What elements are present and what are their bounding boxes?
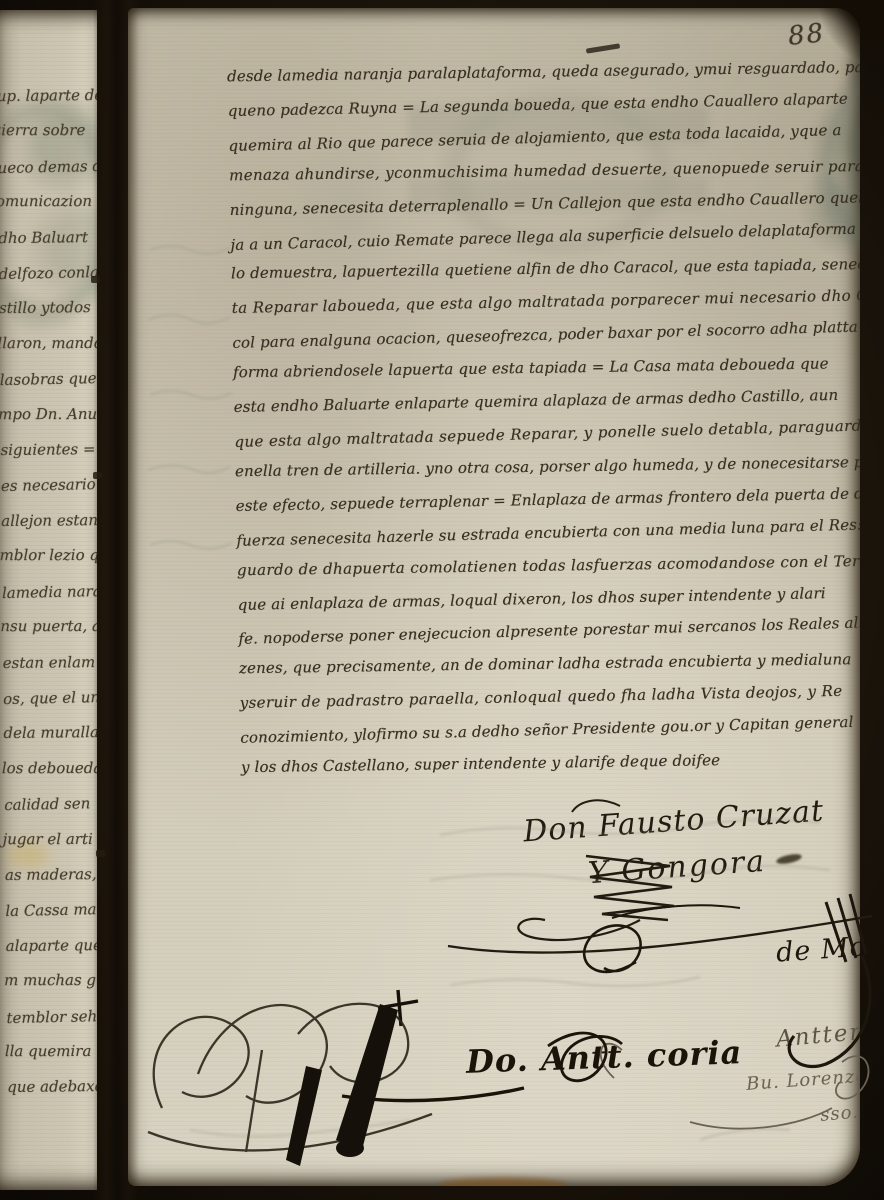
text-fragment-line: allejon estan	[1, 502, 97, 539]
text-fragment-line: mblor lezio que	[0, 538, 97, 574]
text-fragment-line: que adebaxo	[7, 1068, 97, 1105]
text-fragment-line: estan enlam	[3, 643, 97, 680]
previous-page-text-fragments: up. laparte detierra sobreueco demas deo…	[0, 77, 97, 1106]
text-fragment-line: stillo ytodos	[0, 289, 97, 326]
binding-gutter-shadow	[93, 0, 139, 1200]
manuscript-photo: up. laparte detierra sobreueco demas deo…	[0, 0, 884, 1200]
text-fragment-line: omunicazion	[0, 184, 97, 220]
text-fragment-line: up. laparte de	[0, 77, 97, 114]
text-fragment-line: ueco demas de	[0, 147, 97, 187]
text-fragment-line: llaron, mando	[0, 326, 97, 362]
text-fragment-line: es necesario s	[1, 465, 97, 505]
text-fragment-line: os, que el un	[3, 678, 97, 718]
text-fragment-line: los deboueda	[2, 751, 97, 787]
text-fragment-line: lamedia nara	[2, 572, 97, 612]
photo-corner-shadow	[814, 0, 884, 60]
text-fragment-line: nsu puerta, al	[0, 609, 97, 645]
text-fragment-line: m muchas gri	[4, 963, 97, 999]
text-fragment-line: calidad sen	[4, 784, 97, 824]
text-fragment-line: siguientes =	[0, 431, 97, 468]
text-fragment-line: dho Baluart	[0, 219, 97, 256]
previous-page-edge: up. laparte detierra sobreueco demas deo…	[0, 10, 97, 1190]
text-fragment-line: alaparte que	[6, 927, 97, 964]
text-fragment-line: delfozo conla	[0, 253, 97, 293]
text-fragment-line: lasobras quele	[0, 359, 97, 399]
text-fragment-line: dela muralla	[3, 714, 97, 751]
manuscript-page: 88 desde lamedia naranja paralaplataform…	[128, 8, 860, 1186]
binding-stitch	[93, 472, 102, 479]
binding-stitch	[91, 276, 100, 283]
text-fragment-line: lla quemira	[5, 1034, 97, 1070]
text-fragment-line: temblor sehu	[6, 996, 97, 1036]
manuscript-body-text: desde lamedia naranja paralaplataforma, …	[227, 49, 860, 786]
text-fragment-line: la Cassa mat	[5, 890, 97, 930]
text-fragment-line: tierra sobre	[0, 113, 97, 149]
text-fragment-line: as maderas, s	[5, 856, 97, 893]
text-fragment-line: mpo Dn. Anu.	[0, 396, 97, 432]
binding-stitch	[96, 850, 105, 857]
text-fragment-line: jugar el arti	[3, 821, 97, 857]
